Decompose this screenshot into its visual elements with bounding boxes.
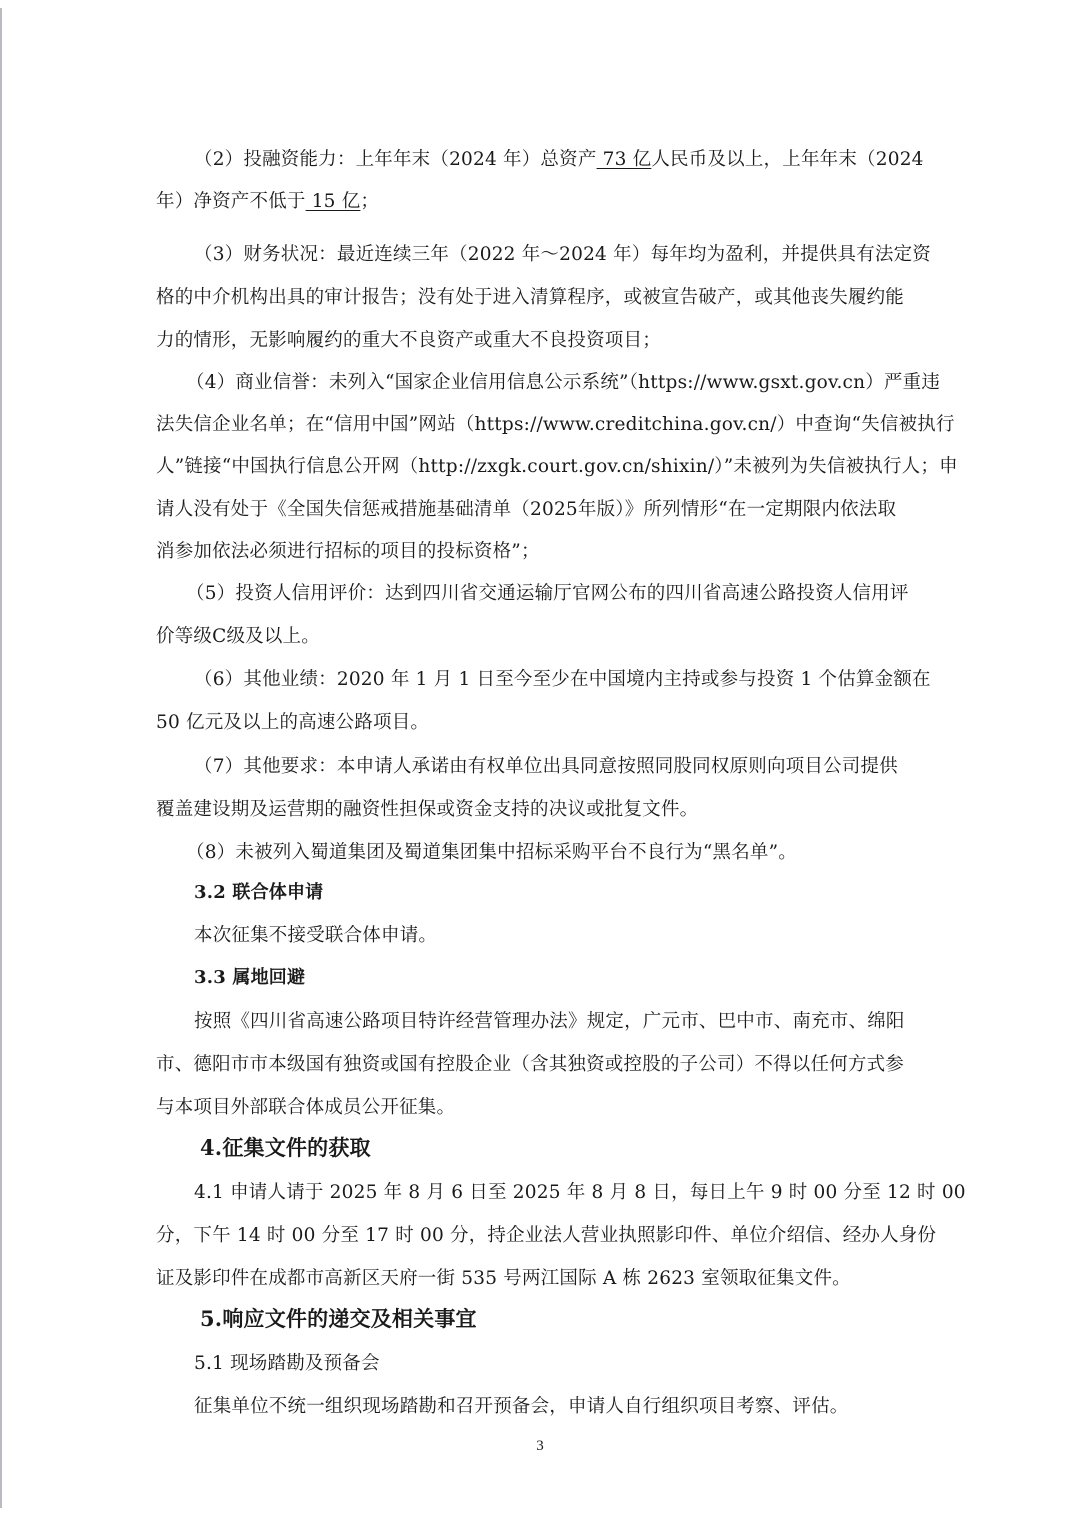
section-3-3-line-3: 与本项目外部联合体成员公开征集。: [156, 1096, 455, 1120]
section-4-1-line-3: 证及影印件在成都市高新区天府一街 535 号两江国际 A 栋 2623 室领取征…: [156, 1267, 851, 1291]
item-3-line-1: （3）财务状况：最近连续三年（2022 年～2024 年）每年均为盈利，并提供具…: [194, 243, 931, 267]
item-4-line-1: （4）商业信誉：未列入“国家企业信用信息公示系统”（https://www.gs…: [186, 371, 940, 395]
item-5-line-1: （5）投资人信用评价：达到四川省交通运输厅官网公布的四川省高速公路投资人信用评: [186, 582, 909, 606]
item-4-line-3: 人”链接“中国执行信息公开网（http://zxgk.court.gov.cn/…: [156, 455, 958, 479]
item-3-line-3: 力的情形，无影响履约的重大不良资产或重大不良投资项目；: [156, 329, 661, 353]
section-5-1-body: 征集单位不统一组织现场踏勘和召开预备会，申请人自行组织项目考察、评估。: [194, 1395, 849, 1419]
item-5-line-2: 价等级C级及以上。: [156, 625, 320, 649]
item-6-line-2: 50 亿元及以上的高速公路项目。: [156, 711, 429, 735]
page-number: 3: [0, 1438, 1080, 1455]
section-3-3-line-1: 按照《四川省高速公路项目特许经营管理办法》规定，广元市、巴中市、南充市、绵阳: [194, 1010, 905, 1034]
item-8-line-1: （8）未被列入蜀道集团及蜀道集团集中招标采购平台不良行为“黑名单”。: [186, 841, 797, 865]
section-3-3-heading: 3.3 属地回避: [194, 966, 305, 990]
section-3-2-body: 本次征集不接受联合体申请。: [194, 924, 437, 948]
item-3-line-2: 格的中介机构出具的审计报告；没有处于进入清算程序，或被宣告破产，或其他丧失履约能: [156, 286, 904, 310]
item-2-line-1: （2）投融资能力：上年年末（2024 年）总资产 73 亿人民币及以上，上年年末…: [194, 148, 924, 172]
section-5-heading: 5.响应文件的递交及相关事宜: [200, 1305, 477, 1333]
item-4-line-2: 法失信企业名单；在“信用中国”网站（https://www.creditchin…: [156, 413, 955, 437]
section-4-heading: 4.征集文件的获取: [200, 1134, 371, 1162]
section-3-2-heading: 3.2 联合体申请: [194, 881, 323, 905]
item-4-line-4: 请人没有处于《全国失信惩戒措施基础清单（2025年版）》所列情形“在一定期限内依…: [156, 498, 896, 522]
item-7-line-1: （7）其他要求：本申请人承诺由有权单位出具同意按照同股同权原则向项目公司提供: [194, 755, 898, 779]
section-5-1-heading: 5.1 现场踏勘及预备会: [194, 1352, 380, 1376]
item-6-line-1: （6）其他业绩：2020 年 1 月 1 日至今至少在中国境内主持或参与投资 1…: [194, 668, 931, 692]
item-2-line-2: 年）净资产不低于 15 亿；: [156, 190, 379, 214]
section-4-1-line-1: 4.1 申请人请于 2025 年 8 月 6 日至 2025 年 8 月 8 日…: [194, 1181, 966, 1205]
item-7-line-2: 覆盖建设期及运营期的融资性担保或资金支持的决议或批复文件。: [156, 798, 698, 822]
section-4-1-line-2: 分，下午 14 时 00 分至 17 时 00 分，持企业法人营业执照影印件、单…: [156, 1224, 936, 1248]
total-assets-value: 73 亿: [597, 149, 652, 170]
item-4-line-5: 消参加依法必须进行招标的项目的投标资格”；: [156, 540, 540, 564]
net-assets-value: 15 亿: [306, 191, 361, 212]
scan-page-edge: [0, 8, 2, 1508]
section-3-3-line-2: 市、德阳市市本级国有独资或国有控股企业（含其独资或控股的子公司）不得以任何方式参: [156, 1053, 904, 1077]
